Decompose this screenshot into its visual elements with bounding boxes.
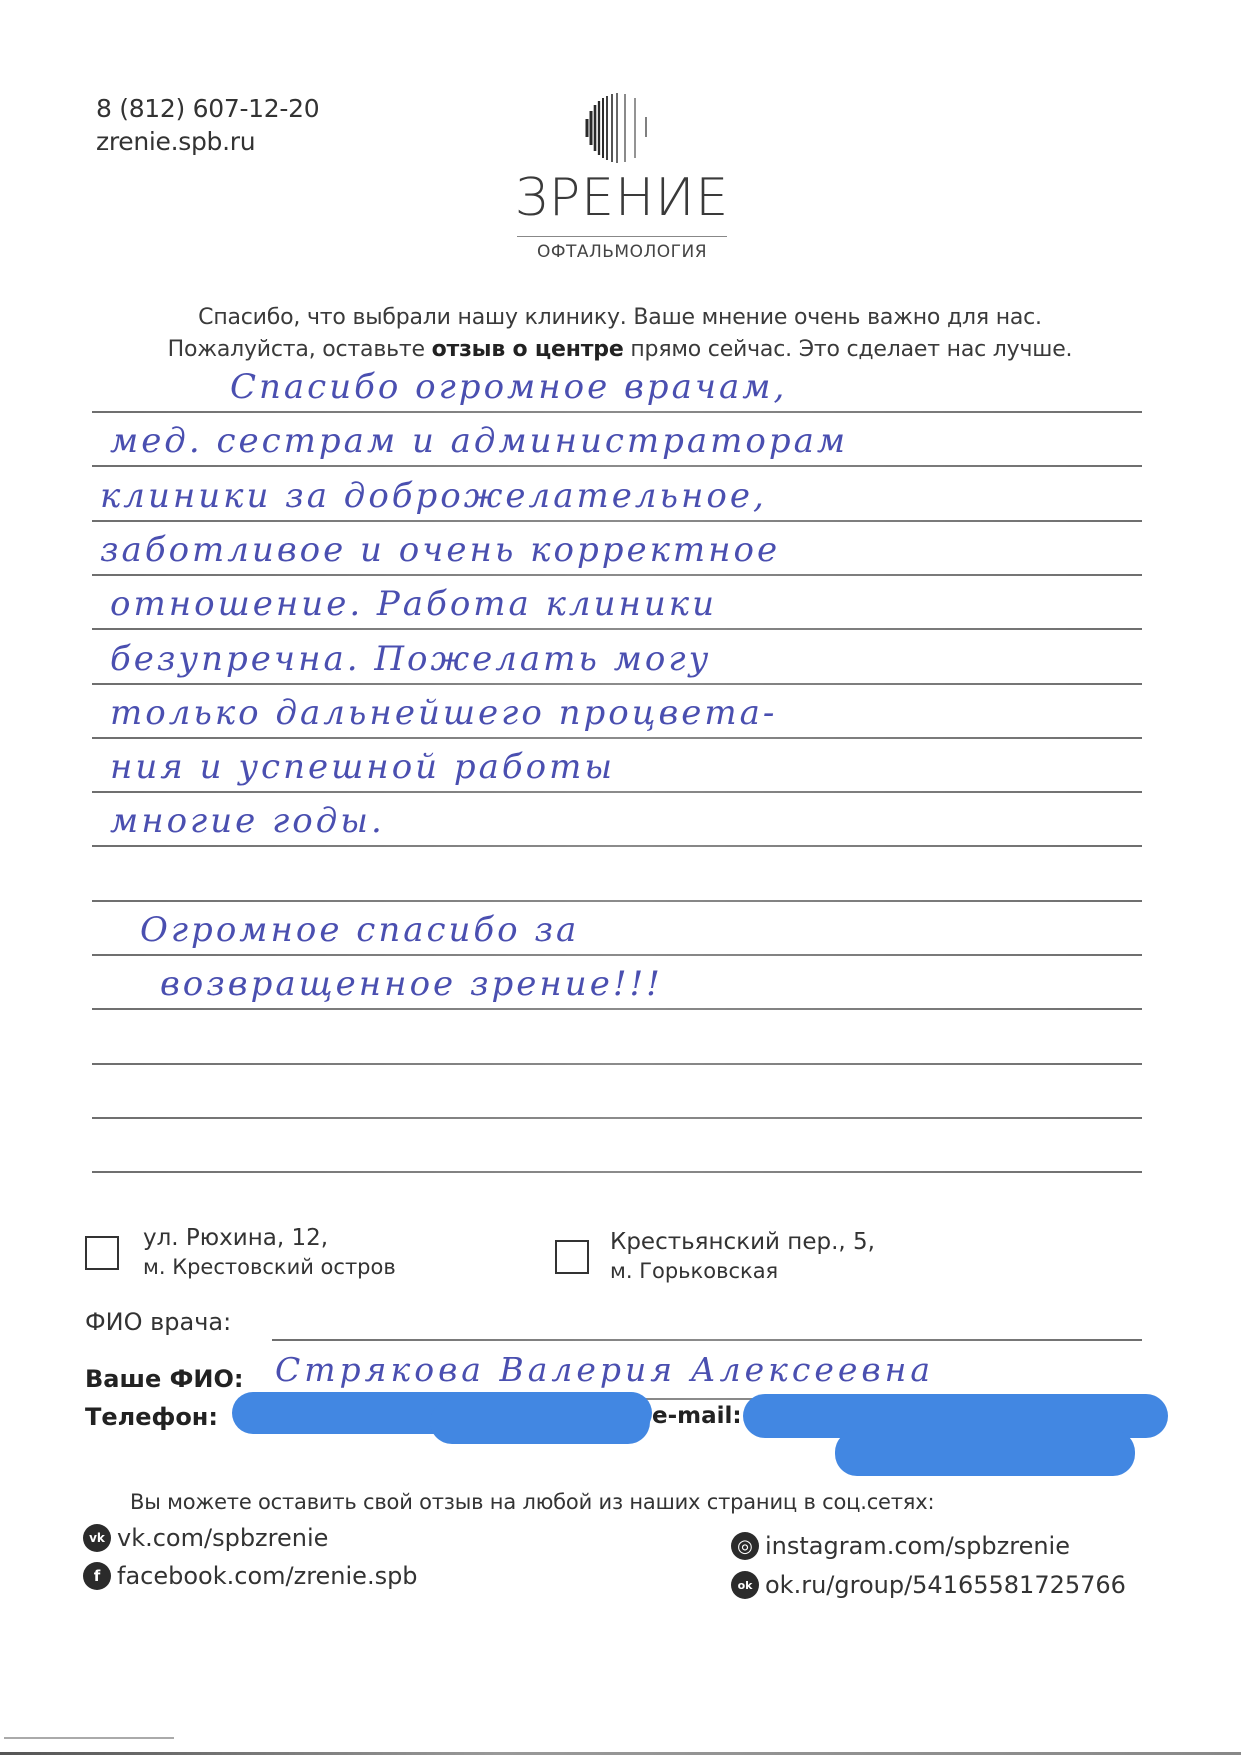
social-link-text: facebook.com/zrenie.spb — [117, 1562, 418, 1590]
intro-emphasis: отзыв о центре — [432, 337, 624, 362]
phone-label: Телефон: — [85, 1403, 218, 1431]
review-ruled-line — [92, 1117, 1142, 1119]
doctor-name-label: ФИО врача: — [85, 1308, 231, 1336]
email-label: e-mail: — [652, 1403, 742, 1429]
review-ruled-line — [92, 574, 1142, 576]
vk-icon: vk — [83, 1524, 111, 1552]
review-handwritten-line: возвращенное зрение!!! — [160, 964, 663, 1004]
location-address: Крестьянский пер., 5, — [610, 1228, 875, 1257]
email-redaction-tail — [835, 1430, 1135, 1476]
social-link-text: vk.com/spbzrenie — [117, 1524, 328, 1552]
your-name-label: Ваше ФИО: — [85, 1365, 244, 1393]
review-handwritten-line: многие годы. — [110, 801, 385, 841]
review-handwritten-line: ния и успешной работы — [110, 747, 615, 787]
logo-subtitle: ОФТАЛЬМОЛОГИЯ — [512, 242, 732, 262]
intro-line-2-end: прямо сейчас. Это сделает нас лучше. — [624, 337, 1073, 362]
review-ruled-line — [92, 465, 1142, 467]
location-address: ул. Рюхина, 12, — [143, 1224, 396, 1253]
location-metro: м. Крестовский остров — [143, 1253, 396, 1282]
location-checkbox-ryukhina[interactable] — [85, 1236, 119, 1270]
review-handwritten-line: Спасибо огромное врачам, — [230, 367, 787, 407]
social-link-instagram[interactable]: ◎ instagram.com/spbzrenie — [731, 1532, 1070, 1560]
scan-artifact-line — [4, 1737, 174, 1739]
location-metro: м. Горьковская — [610, 1257, 875, 1286]
clinic-website: zrenie.spb.ru — [96, 125, 319, 158]
intro-line-1: Спасибо, что выбрали нашу клинику. Ваше … — [90, 302, 1150, 334]
social-link-text: instagram.com/spbzrenie — [765, 1532, 1070, 1560]
header-contact: 8 (812) 607-12-20 zrenie.spb.ru — [96, 92, 319, 158]
social-prompt: Вы можете оставить свой отзыв на любой и… — [130, 1490, 1090, 1514]
review-handwritten-line: только дальнейшего процвета- — [110, 693, 777, 733]
review-ruled-line — [92, 1008, 1142, 1010]
your-name-field[interactable]: Стрякова Валерия Алексеевна — [275, 1350, 934, 1389]
review-ruled-line — [92, 954, 1142, 956]
review-ruled-line — [92, 791, 1142, 793]
phone-redaction-tail — [430, 1400, 650, 1444]
location-checkbox-krestyansky[interactable] — [555, 1240, 589, 1274]
social-link-vk[interactable]: vk vk.com/spbzrenie — [83, 1524, 328, 1552]
review-ruled-line — [92, 737, 1142, 739]
clinic-phone: 8 (812) 607-12-20 — [96, 92, 319, 125]
review-handwritten-line: отношение. Работа клиники — [110, 584, 717, 624]
review-ruled-line — [92, 520, 1142, 522]
social-link-text: ok.ru/group/54165581725766 — [765, 1571, 1126, 1599]
review-ruled-line — [92, 900, 1142, 902]
location-option-ryukhina: ул. Рюхина, 12, м. Крестовский остров — [143, 1224, 396, 1282]
intro-line-2-start: Пожалуйста, оставьте — [168, 337, 432, 362]
instagram-icon: ◎ — [731, 1532, 759, 1560]
review-handwritten-line: заботливое и очень корректное — [100, 530, 780, 570]
review-handwritten-line: мед. сестрам и администраторам — [110, 421, 848, 461]
review-ruled-line — [92, 845, 1142, 847]
review-handwritten-line: безупречна. Пожелать могу — [110, 639, 711, 679]
logo-divider — [517, 236, 727, 237]
facebook-icon: f — [83, 1562, 111, 1590]
review-ruled-line — [92, 1063, 1142, 1065]
logo-wordmark: ЗРЕНИЕ — [512, 170, 732, 226]
review-ruled-line — [92, 411, 1142, 413]
review-ruled-line — [92, 683, 1142, 685]
doctor-name-field[interactable] — [272, 1339, 1142, 1341]
review-ruled-line — [92, 628, 1142, 630]
intro-text: Спасибо, что выбрали нашу клинику. Ваше … — [90, 302, 1150, 366]
social-link-odnoklassniki[interactable]: ok ok.ru/group/54165581725766 — [731, 1571, 1126, 1599]
review-handwritten-line: Огромное спасибо за — [140, 910, 579, 950]
location-option-krestyansky: Крестьянский пер., 5, м. Горьковская — [610, 1228, 875, 1286]
review-handwritten-line: клиники за доброжелательное, — [100, 476, 767, 516]
striped-eye-circle-icon — [583, 93, 663, 163]
social-link-facebook[interactable]: f facebook.com/zrenie.spb — [83, 1562, 418, 1590]
intro-line-2: Пожалуйста, оставьте отзыв о центре прям… — [90, 334, 1150, 366]
odnoklassniki-icon: ok — [731, 1571, 759, 1599]
review-ruled-line — [92, 1171, 1142, 1173]
